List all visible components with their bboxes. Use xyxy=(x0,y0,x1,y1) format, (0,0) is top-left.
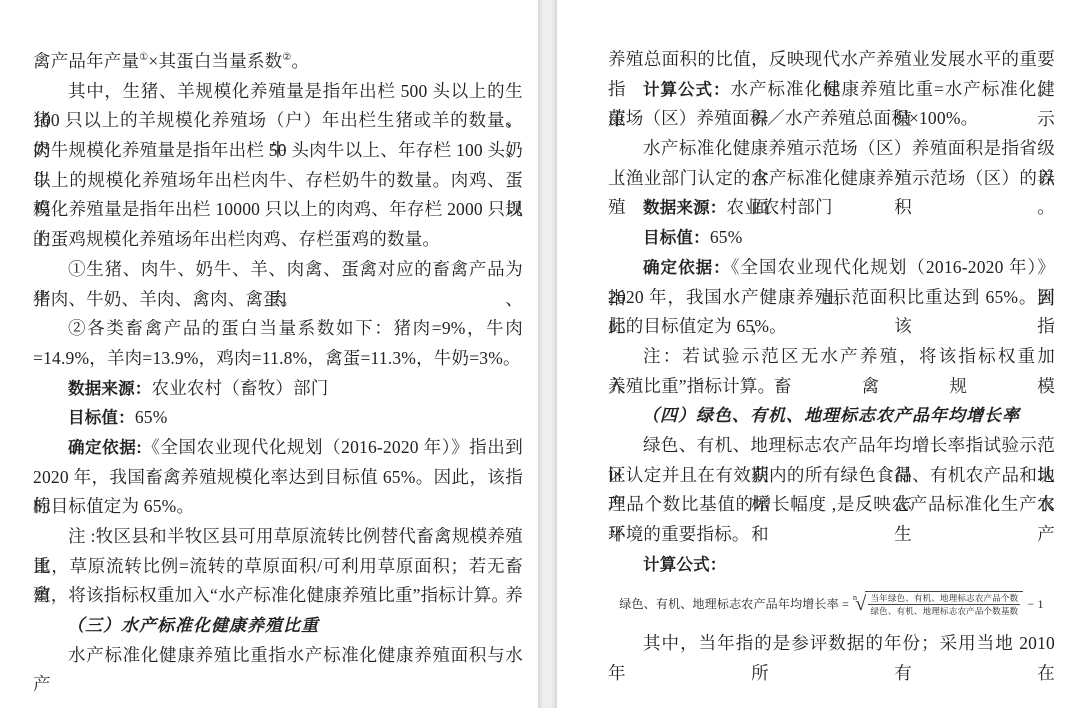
field-label: 计算公式： xyxy=(643,556,727,574)
text-line: 注：若试验示范区无水产养殖，将该指标权重加入“畜禽规模 xyxy=(608,342,1055,372)
text-line: 注 :牧区县和半牧区县可用草原流转比例替代畜禽规模养殖比 xyxy=(33,522,523,552)
text-line: 殖，将该指标权重加入“水产标准化健康养殖比重”指标计算。 xyxy=(33,581,523,611)
text-run: 范场（区）养殖面积／水产养殖总面积×100%。 xyxy=(608,108,978,128)
fraction-denominator: 绿色、有机、地理标志农产品个数基数 xyxy=(868,605,1020,617)
text-line: 目标值：65% xyxy=(33,403,523,433)
text-run: 的蛋鸡规模化养殖场年出栏肉鸡、存栏蛋鸡的数量。 xyxy=(33,229,440,249)
text-line: 其中，当年指的是参评数据的年份；采用当地 2010 年所有在 xyxy=(608,629,1055,659)
text-run: （四）绿色、有机、地理标志农产品年均增长率 xyxy=(642,406,1020,425)
text-line: =14.9%，羊肉=13.9%，鸡肉=11.8%，禽蛋=11.3%，牛奶=3%。 xyxy=(33,344,523,374)
text-run: 标的目标值定为 65%。 xyxy=(608,316,787,336)
text-run: 牛肉、牛奶、羊肉、禽肉、禽蛋。 xyxy=(33,289,299,309)
root-index: n xyxy=(853,583,857,613)
text-run: 禽产品年产量 xyxy=(33,51,139,71)
section-heading: （三）水产标准化健康养殖比重 xyxy=(33,611,523,641)
text-line: 100 只以上的羊规模化养殖场（户）年出栏生猪或羊的数量。肉牛、 xyxy=(33,106,523,136)
formula-lhs: 绿色、有机、地理标志农产品年均增长率 = xyxy=(619,590,849,620)
text-line: 计算公式： xyxy=(608,550,1055,580)
text-line: 奶牛规模化养殖量是指年出栏 50 头肉牛以上、年存栏 100 头奶牛 xyxy=(33,136,523,166)
text-run: 环境的重要指标。 xyxy=(608,524,750,544)
text-line: 2020 年，我国畜禽养殖规模化率达到目标值 65%。因此，该指标 xyxy=(33,463,523,493)
text-run: 养殖比重”指标计算。 xyxy=(608,376,775,396)
field-label: 计算公式： xyxy=(643,81,730,99)
text-run: ×其蛋白当量系数 xyxy=(148,51,282,71)
text-line: 计算公式：水产标准化健康养殖比重=水产标准化健康养殖示 xyxy=(608,75,1055,105)
right-page-text-column: 养殖总面积的比值，反映现代水产养殖业发展水平的重要指标。计算公式：水产标准化健康… xyxy=(608,45,1055,659)
text-run: 其中，当年指的是参评数据的年份；采用当地 2010 年所有在 xyxy=(608,633,1055,683)
fraction-numerator: 当年绿色、有机、地理标志农产品个数 xyxy=(868,592,1020,605)
fraction: 当年绿色、有机、地理标志农产品个数绿色、有机、地理标志农产品个数基数 xyxy=(865,591,1023,618)
footnote-marker: ② xyxy=(282,52,291,63)
text-run: 水产标准化健康养殖比重指水产标准化健康养殖面积与水产 xyxy=(33,645,523,695)
text-line: 2020 年，我国水产健康养殖示范面积比重达到 65%。因此，该指 xyxy=(608,283,1055,313)
text-line: 养殖总面积的比值，反映现代水产养殖业发展水平的重要指标。 xyxy=(608,45,1055,75)
text-line: 重，草原流转比例=流转的草原面积/可利用草原面积；若无畜禽养 xyxy=(33,552,523,582)
formula-rhs: − 1 xyxy=(1027,590,1043,620)
text-line: 确定依据:《全国农业现代化规划（2016-2020 年）》指出到 xyxy=(33,433,523,463)
text-line: 其中，生猪、羊规模化养殖量是指年出栏 500 头以上的生猪、 xyxy=(33,77,523,107)
text-run: 殖，将该指标权重加入“水产标准化健康养殖比重”指标计算。 xyxy=(33,585,509,605)
field-label: 目标值： xyxy=(68,409,135,427)
text-line: 禽产品年产量①×其蛋白当量系数②。 xyxy=(33,47,523,77)
text-line: 产品个数比基值的增长幅度 ,是反映农产品标准化生产水平和生产 xyxy=(608,490,1055,520)
text-line: 目标值：65% xyxy=(608,223,1055,253)
text-line: 水产标准化健康养殖比重指水产标准化健康养殖面积与水产 xyxy=(33,641,523,671)
text-line: 的蛋鸡规模化养殖场年出栏肉鸡、存栏蛋鸡的数量。 xyxy=(33,225,523,255)
growth-rate-formula: 绿色、有机、地理标志农产品年均增长率 =n√当年绿色、有机、地理标志农产品个数绿… xyxy=(608,579,1055,629)
text-run: 。 xyxy=(292,51,310,71)
text-line: ①生猪、肉牛、奶牛、羊、肉禽、蛋禽对应的畜禽产品为猪肉、 xyxy=(33,255,523,285)
text-run: 农业农村（畜牧）部门 xyxy=(152,378,329,398)
text-line: ②各类畜禽产品的蛋白当量系数如下：猪肉=9%，牛肉 xyxy=(33,314,523,344)
text-line: 确定依据：《全国农业现代化规划（2016-2020 年）》指出到 xyxy=(608,253,1055,283)
text-line: 模化养殖量是指年出栏 10000 只以上的肉鸡、年存栏 2000 只以上 xyxy=(33,195,523,225)
text-line: 绿色、有机、地理标志农产品年均增长率指试验示范区获得认 xyxy=(608,431,1055,461)
text-line: 数据来源：农业农村（畜牧）部门 xyxy=(33,374,523,404)
footnote-marker: ① xyxy=(139,52,148,63)
field-label: 确定依据: xyxy=(68,439,142,457)
field-label: 数据来源： xyxy=(68,380,152,398)
page-gutter-divider xyxy=(538,0,557,708)
text-run: =14.9%，羊肉=13.9%，鸡肉=11.8%，禽蛋=11.3%，牛奶=3%。 xyxy=(33,348,521,368)
text-run: 65% xyxy=(135,407,168,427)
left-page-text-column: 禽产品年产量①×其蛋白当量系数②。其中，生猪、羊规模化养殖量是指年出栏 500 … xyxy=(33,47,523,670)
text-line: 水产标准化健康养殖示范场（区）养殖面积是指省级（含）以 xyxy=(608,134,1055,164)
field-label: 数据来源： xyxy=(643,199,727,217)
text-line: 证认定并且在有效期内的所有绿色食品、有机农产品和地理标志农 xyxy=(608,461,1055,491)
document-page-right: 养殖总面积的比值，反映现代水产养殖业发展水平的重要指标。计算公式：水产标准化健康… xyxy=(557,0,1080,708)
text-line: 以上的规模化养殖场年出栏肉牛、存栏奶牛的数量。肉鸡、蛋鸡规 xyxy=(33,166,523,196)
text-run: 65% xyxy=(710,227,743,247)
section-heading: （四）绿色、有机、地理标志农产品年均增长率 xyxy=(608,401,1055,431)
text-run: ②各类畜禽产品的蛋白当量系数如下：猪肉=9%，牛肉 xyxy=(68,318,523,338)
text-run: （三）水产标准化健康养殖比重 xyxy=(67,616,319,635)
field-label: 确定依据： xyxy=(643,259,731,277)
text-run: 的目标值定为 65%。 xyxy=(33,496,194,516)
radical-expression: n√当年绿色、有机、地理标志农产品个数绿色、有机、地理标志农产品个数基数 xyxy=(853,590,1023,620)
text-line: 上渔业部门认定的水产标准化健康养殖示范场（区）的养殖面积。 xyxy=(608,164,1055,194)
text-run: 《全国农业现代化规划（2016-2020 年）》指出到 xyxy=(142,437,523,457)
field-label: 目标值： xyxy=(643,229,710,247)
text-run: 农业农村部门 xyxy=(727,197,833,217)
text-line: 的目标值定为 65%。 xyxy=(33,492,523,522)
document-page-left: 禽产品年产量①×其蛋白当量系数②。其中，生猪、羊规模化养殖量是指年出栏 500 … xyxy=(0,0,538,708)
